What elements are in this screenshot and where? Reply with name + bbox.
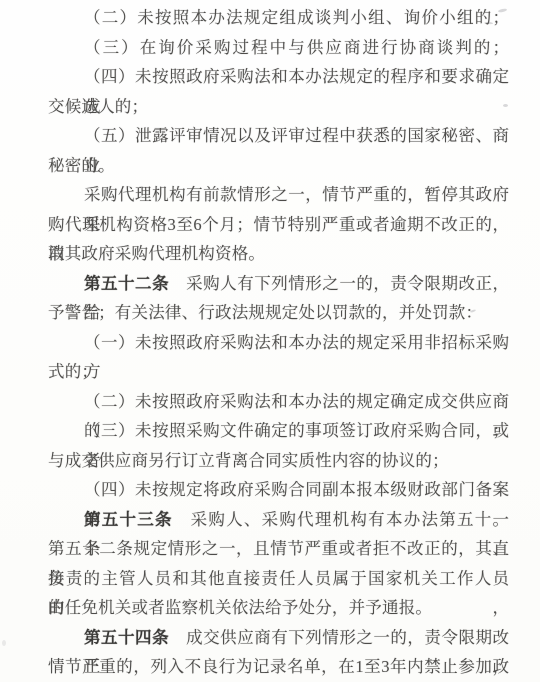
text-line: 情节严重的，列入不良行为记录名单，在1至3年内禁止参加政府 — [48, 652, 509, 682]
text-line: 第五十四条 成交供应商有下列情形之一的，责令限期改正， — [48, 623, 509, 653]
text-line: 与成交供应商另行订立背离合同实质性内容的协议的； — [48, 446, 509, 476]
text-line: （三）未按照采购文件确定的事项签订政府采购合同，或者 — [48, 416, 509, 446]
text-line: 购代理机构资格3至6个月；情节特别严重或者逾期不改正的，取 — [48, 210, 509, 240]
article-number: 第五十四条 — [84, 628, 169, 647]
text-line: 式的； — [48, 357, 509, 387]
scan-artifact — [503, 104, 508, 107]
document-body: （二）未按照本办法规定组成谈判小组、询价小组的；（三）在询价采购过程中与供应商进… — [48, 3, 509, 682]
article-number: 第五十三条 — [84, 510, 173, 529]
text-line: 负责的主管人员和其他直接责任人员属于国家机关工作人员的， — [48, 564, 509, 594]
text-line: 第五十二条 采购人有下列情形之一的，责令限期改正，给 — [48, 269, 509, 299]
text-line: 第五十二条规定情形之一，且情节严重或者拒不改正的，其直接 — [48, 534, 509, 564]
text-line: （二）未按照政府采购法和本办法的规定确定成交供应商的； — [48, 387, 509, 417]
text-line: 第五十三条 采购人、采购代理机构有本办法第五十一条、 — [48, 505, 509, 535]
scan-artifact — [2, 640, 6, 646]
text-line: 予警告；有关法律、行政法规规定处以罚款的，并处罚款： — [48, 298, 509, 328]
text-line: （一）未按照政府采购法和本办法的规定采用非招标采购方 — [48, 328, 509, 358]
text-line: 秘密的。 — [48, 151, 509, 181]
text-line: （二）未按照本办法规定组成谈判小组、询价小组的； — [48, 3, 509, 33]
text-line: （四）未按规定将政府采购合同副本报本级财政部门备案的。 — [48, 475, 509, 505]
scanned-document-page: （二）未按照本办法规定组成谈判小组、询价小组的；（三）在询价采购过程中与供应商进… — [0, 0, 540, 682]
text-line: （五）泄露评审情况以及评审过程中获悉的国家秘密、商业 — [48, 121, 509, 151]
text-line: （四）未按照政府采购法和本办法规定的程序和要求确定成 — [48, 62, 509, 92]
text-line: 采购代理机构有前款情形之一，情节严重的，暂停其政府采 — [48, 180, 509, 210]
text-line: 交候选人的； — [48, 92, 509, 122]
article-number: 第五十二条 — [84, 274, 169, 293]
text-line: 消其政府采购代理机构资格。 — [48, 239, 509, 269]
text-line: （三）在询价采购过程中与供应商进行协商谈判的； — [48, 33, 509, 63]
